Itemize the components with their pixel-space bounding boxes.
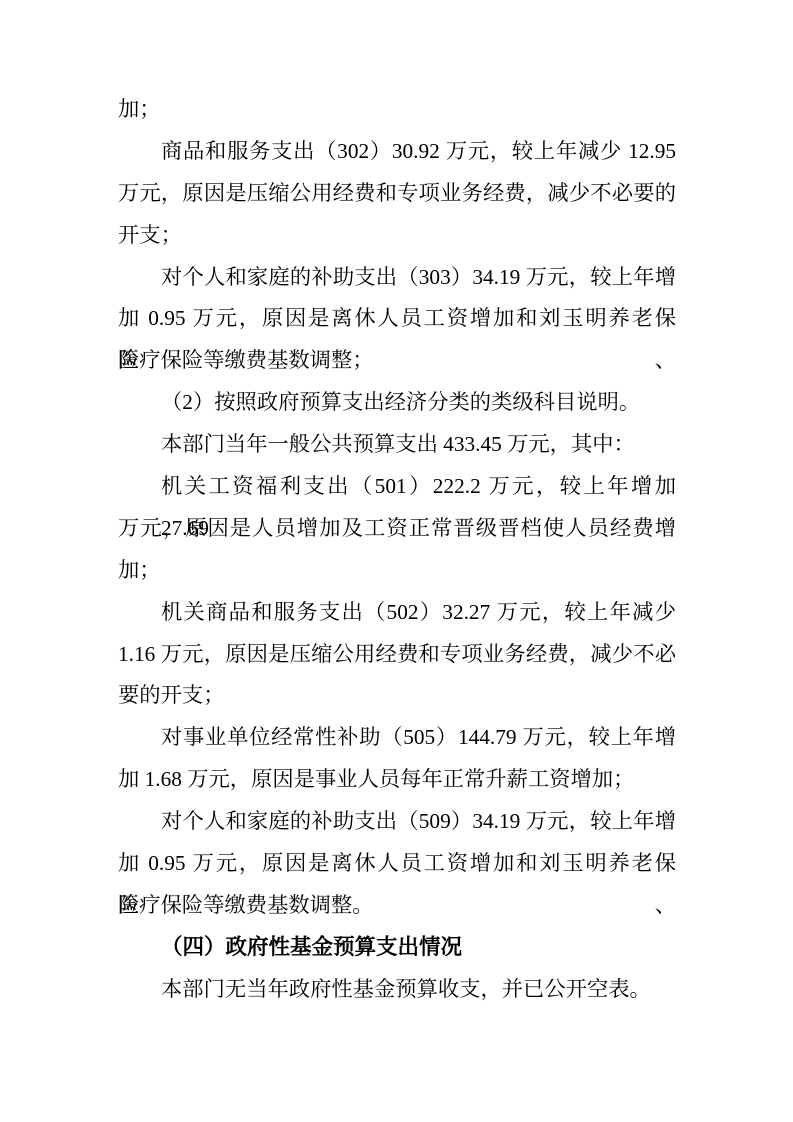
body-line: 对个人和家庭的补助支出（509）34.19 万元，较上年增 (118, 801, 676, 843)
body-line: 加； (118, 89, 676, 131)
body-line: 万元，原因是人员增加及工资正常晋级晋档使人员经费增 (118, 508, 676, 550)
body-line: 加 0.95 万元，原因是离休人员工资增加和刘玉明养老保险、 (118, 843, 676, 885)
body-line: 要的开支； (118, 675, 676, 717)
body-line: 机关工资福利支出（501）222.2 万元，较上年增加 27.69 (118, 466, 676, 508)
document-body: 加； 商品和服务支出（302）30.92 万元，较上年减少 12.95 万元，原… (118, 89, 676, 1011)
body-line: 加 1.68 万元，原因是事业人员每年正常升薪工资增加； (118, 759, 676, 801)
body-line: 对个人和家庭的补助支出（303）34.19 万元，较上年增 (118, 257, 676, 299)
section-heading: （四）政府性基金预算支出情况 (118, 927, 676, 969)
body-line: 本部门无当年政府性基金预算收支，并已公开空表。 (118, 969, 676, 1011)
body-line: 1.16 万元，原因是压缩公用经费和专项业务经费，减少不必 (118, 634, 676, 676)
body-line: 机关商品和服务支出（502）32.27 万元，较上年减少 (118, 592, 676, 634)
body-line: 商品和服务支出（302）30.92 万元，较上年减少 12.95 (118, 131, 676, 173)
body-line: 开支； (118, 215, 676, 257)
body-line: 加； (118, 550, 676, 592)
body-line: （2）按照政府预算支出经济分类的类级科目说明。 (118, 382, 676, 424)
body-line: 本部门当年一般公共预算支出 433.45 万元，其中： (118, 424, 676, 466)
body-line: 加 0.95 万元，原因是离休人员工资增加和刘玉明养老保险、 (118, 298, 676, 340)
body-line: 对事业单位经常性补助（505）144.79 万元，较上年增 (118, 717, 676, 759)
document-page: 加； 商品和服务支出（302）30.92 万元，较上年减少 12.95 万元，原… (0, 0, 793, 1122)
body-line: 万元，原因是压缩公用经费和专项业务经费，减少不必要的 (118, 173, 676, 215)
